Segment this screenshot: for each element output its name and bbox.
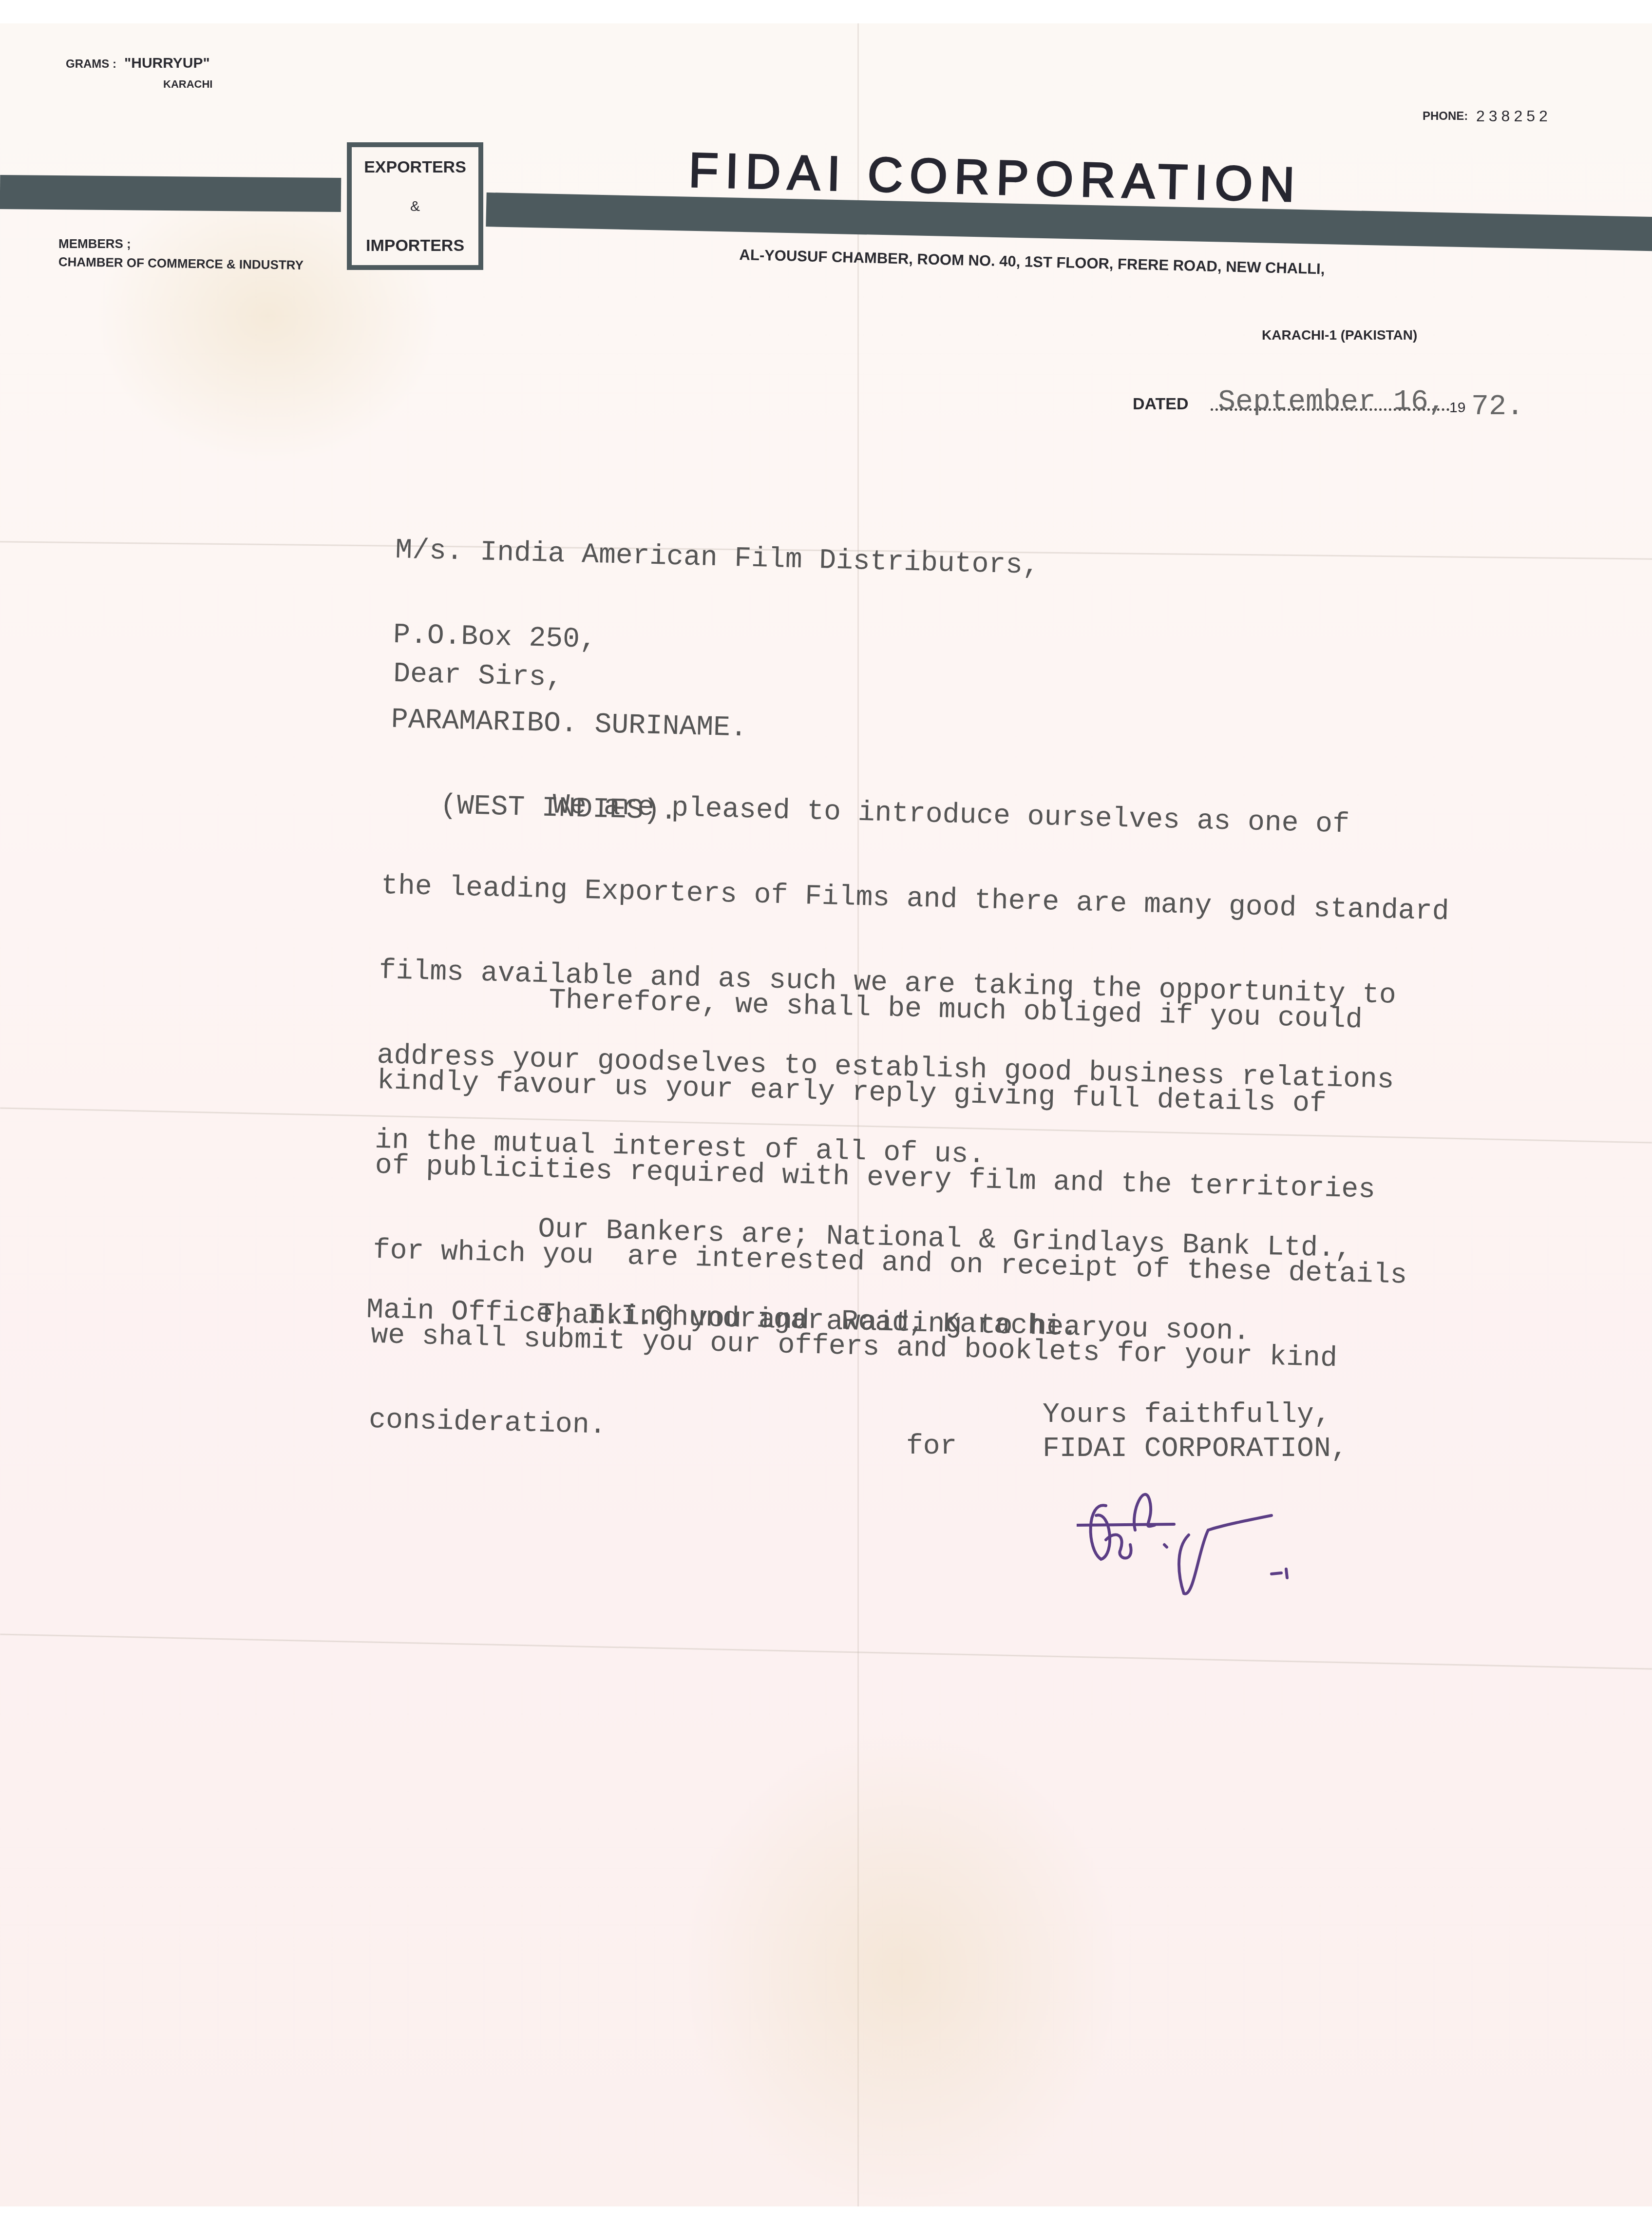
grams-label: GRAMS :	[66, 57, 116, 71]
box-importers: IMPORTERS	[366, 236, 464, 255]
body-line: kindly favour us your early reply giving…	[377, 1067, 1411, 1121]
body-line: the leading Exporters of Films and there…	[380, 872, 1449, 927]
signature-icon	[1077, 1481, 1369, 1628]
exporters-importers-box: EXPORTERS & IMPORTERS	[347, 142, 483, 270]
date-typed-value: September 16,	[1218, 387, 1446, 417]
date-year-suffix: 72.	[1471, 392, 1524, 421]
date-label: DATED	[1133, 395, 1189, 414]
grams-value: "HURRYUP"	[124, 55, 210, 72]
paper-fold-horizontal	[0, 1633, 1652, 1669]
paper-stain	[682, 1729, 1120, 2216]
phone-label: PHONE:	[1423, 110, 1468, 123]
complimentary-close: Yours faithfully,	[1043, 1401, 1331, 1429]
closing-company: FIDAI CORPORATION,	[1043, 1435, 1348, 1463]
body-line: Therefore, we shall be much obliged if y…	[379, 982, 1414, 1036]
recipient-line: M/s. India American Film Distributors,	[395, 536, 1040, 580]
body-paragraph-4: Thanking you and awaiting to hearyou soo…	[367, 1240, 1252, 1375]
salutation: Dear Sirs,	[393, 660, 563, 692]
body-line: Thanking you and awaiting to hearyou soo…	[368, 1297, 1251, 1346]
recipient-line: P.O.Box 250,	[393, 621, 1038, 665]
city-line: KARACHI-1 (PAKISTAN)	[1262, 327, 1417, 343]
box-ampersand: &	[410, 198, 420, 215]
members-label: MEMBERS ;	[58, 236, 131, 251]
phone-number: 238252	[1476, 107, 1552, 125]
body-line: We are pleased to introduce ourselves as…	[383, 787, 1452, 842]
for-label: for	[906, 1433, 957, 1461]
grams-city: KARACHI	[163, 78, 212, 91]
letterhead-bar-left	[0, 175, 341, 212]
box-exporters: EXPORTERS	[364, 158, 466, 177]
date-year-prefix: 19	[1449, 400, 1465, 416]
